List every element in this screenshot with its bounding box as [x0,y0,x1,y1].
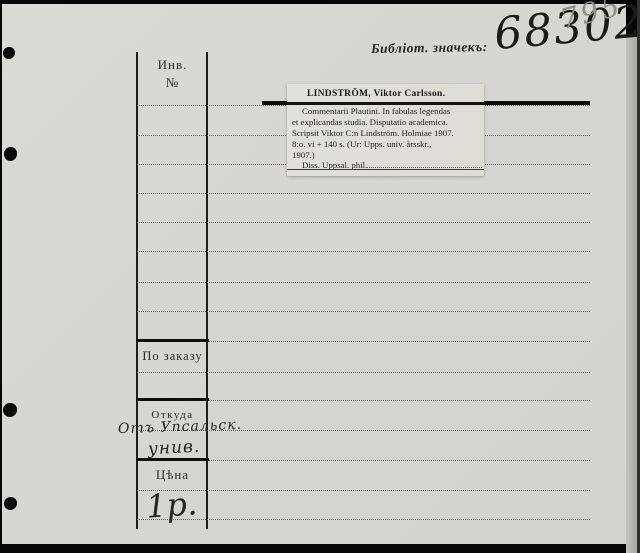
punch-hole [4,497,17,510]
slip-body-line: Commentarii Plautini. In fabulas legenda… [292,106,482,117]
scan-edge-top [0,0,640,4]
section-separator [136,339,209,342]
inventory-label: Инв. [137,57,208,73]
ruled-line [137,490,590,491]
dotted-leader [367,160,482,168]
ruled-line [137,372,590,373]
ruled-line [137,251,590,252]
section-separator [136,458,209,461]
ruled-line [137,193,590,194]
section-separator [136,398,209,401]
punch-hole [3,403,17,417]
ruled-line [137,311,590,312]
slip-body-text: Commentarii Plautini. In fabulas legenda… [292,106,482,161]
slip-heading-rule [287,102,484,105]
inventory-number-sign: № [137,75,208,91]
price-label: Цѣна [137,467,208,483]
slip-body-line: et explicandas studia. Disputatio academ… [292,117,482,128]
slip-author-heading: LINDSTRÖM, Viktor Carlsson. [307,89,482,99]
scan-edge-bottom [0,544,640,553]
punch-hole [3,47,15,59]
handwritten-origin-line1: Отъ Упсальск. [118,417,243,437]
ruled-line [137,519,590,520]
slip-body-line: Scripsit Viktor C:n Lindström. Holmiae 1… [292,128,482,139]
handwritten-price: 1р. [145,484,199,525]
slip-body-line: 8:o. vi + 140 s. (Ur: Upps. univ. årsskr… [292,139,482,150]
pasted-bibliography-slip: LINDSTRÖM, Viktor Carlsson. Commentarii … [287,84,484,176]
order-label: По заказу [137,349,208,364]
handwritten-origin-line2: унив. [148,437,201,460]
slip-bottom-rule [287,169,484,170]
ruled-line [137,222,590,223]
scan-edge-left [0,0,2,553]
library-mark-stamp: Библіот. значекъ: [371,39,488,57]
catalog-card-scan: Инв. № По заказу Откуда Цѣна 795 68302. … [0,0,640,553]
ruled-line [137,282,590,283]
punch-hole [4,147,17,161]
